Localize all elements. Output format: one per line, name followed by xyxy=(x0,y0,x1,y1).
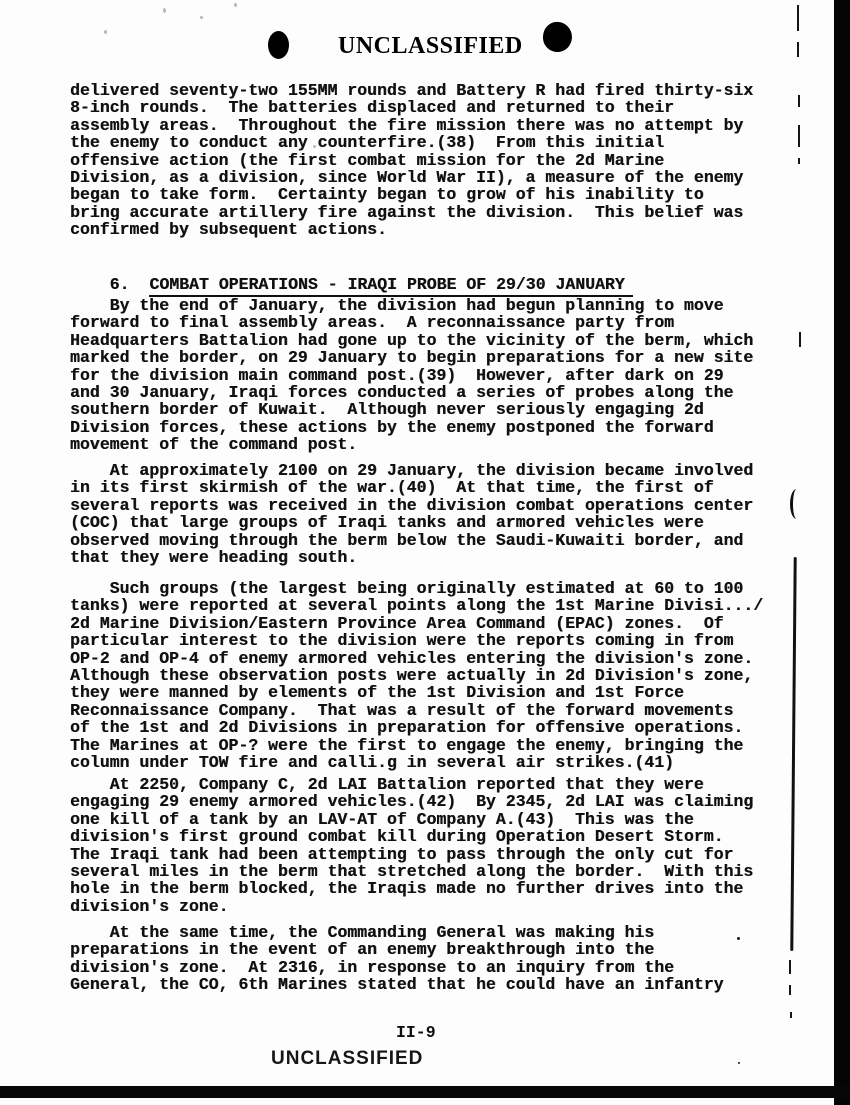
scan-speck xyxy=(163,8,166,13)
paragraph-6: At the same time, the Commanding General… xyxy=(70,924,724,994)
page-number: II-9 xyxy=(396,1024,436,1041)
paragraph-3: At approximately 2100 on 29 January, the… xyxy=(70,462,753,566)
paragraph-5: At 2250, Company C, 2d LAI Battalion rep… xyxy=(70,776,753,915)
section-heading-title: COMBAT OPERATIONS - IRAQI PROBE OF 29/30… xyxy=(149,276,632,296)
paragraph-1: delivered seventy-two 155MM rounds and B… xyxy=(70,82,753,239)
scan-mark-curve xyxy=(790,489,803,519)
document-page: UNCLASSIFIED delivered seventy-two 155MM… xyxy=(0,0,850,1105)
scan-mark-dot xyxy=(738,1062,740,1064)
scan-mark-dash xyxy=(798,95,800,107)
scan-edge-band-right xyxy=(834,0,850,1105)
stamp-dot-left xyxy=(268,31,289,59)
scan-mark-dash xyxy=(789,985,791,995)
footer-classification: UNCLASSIFIED xyxy=(271,1048,423,1069)
stamp-dot-right xyxy=(540,19,575,54)
scan-mark-dash xyxy=(798,158,800,164)
scan-mark-dash xyxy=(797,42,799,57)
scan-line-vertical xyxy=(790,557,796,951)
section-heading-number: 6. xyxy=(110,276,130,293)
scan-speck xyxy=(313,145,316,148)
paragraph-4: Such groups (the largest being originall… xyxy=(70,580,763,771)
scan-mark-dash xyxy=(797,5,799,31)
scan-speck xyxy=(200,16,203,19)
scan-speck xyxy=(234,3,237,7)
scan-mark-dash xyxy=(798,125,800,147)
scan-speck xyxy=(104,30,107,34)
scan-mark-dash xyxy=(789,960,791,974)
scan-mark-dash xyxy=(799,332,801,347)
scan-edge-bar-bottom xyxy=(0,1086,850,1098)
header-classification: UNCLASSIFIED xyxy=(338,33,523,59)
scan-mark-dash xyxy=(790,1012,792,1018)
paragraph-2: By the end of January, the division had … xyxy=(70,297,753,454)
scan-mark-dot xyxy=(737,937,740,940)
